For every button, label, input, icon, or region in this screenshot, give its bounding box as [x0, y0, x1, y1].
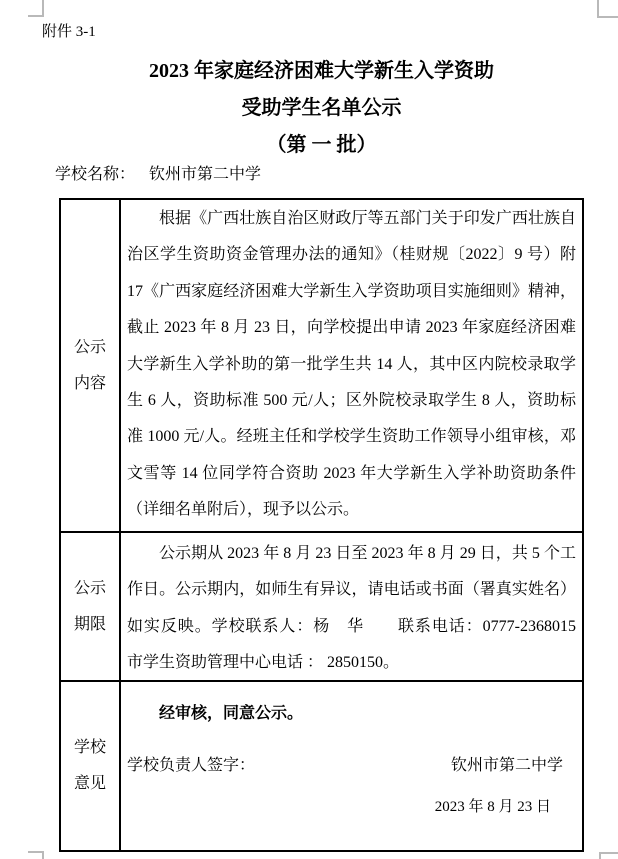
content-line: 治区学生资助资金管理办法的通知》（桂财规〔2022〕9 号）附 — [127, 237, 576, 273]
school-name-value: 钦州市第二中学 — [149, 166, 261, 183]
crop-mark-top-right-icon — [597, 0, 618, 18]
content-line: 根据《广西壮族自治区财政厅等五部门关于印发广西壮族自 — [127, 201, 576, 237]
announcement-table: 公示 内容 根据《广西壮族自治区财政厅等五部门关于印发广西壮族自治区学生资助资金… — [59, 198, 584, 852]
row-label-publicity-content: 公示 内容 — [60, 199, 120, 532]
cell-publicity-period: 公示期从 2023 年 8 月 23 日至 2023 年 8 月 29 日，共 … — [120, 532, 583, 681]
attachment-label: 附件 3-1 — [42, 23, 96, 41]
document-title: 2023 年家庭经济困难大学新生入学资助 受助学生名单公示 （第 一 批） — [59, 53, 584, 164]
crop-mark-bottom-left-icon — [28, 851, 44, 859]
content-line: 17《广西家庭经济困难大学新生入学资助项目实施细则》精神， — [127, 274, 576, 310]
crop-mark-top-left-icon — [28, 0, 44, 17]
content-line: 如实反映。学校联系人：杨 华 联系电话：0777-2368015 — [127, 609, 576, 645]
cell-publicity-content: 根据《广西壮族自治区财政厅等五部门关于印发广西壮族自治区学生资助资金管理办法的通… — [120, 199, 583, 532]
row-label-line: 学校 — [61, 730, 119, 766]
content-line: 作日。公示期内，如师生有异议，请电话或书面（署真实姓名） — [127, 572, 576, 608]
row-label-line: 意见 — [61, 766, 119, 802]
title-line-1: 2023 年家庭经济困难大学新生入学资助 — [59, 53, 584, 90]
table-row-publicity-period: 公示 期限 公示期从 2023 年 8 月 23 日至 2023 年 8 月 2… — [60, 532, 583, 681]
signature-label: 学校负责人签字： — [127, 756, 255, 776]
table-row-school-opinion: 学校 意见 经审核，同意公示。 学校负责人签字： 钦州市第二中学 2023 年 … — [60, 681, 583, 851]
content-line: 市学生资助管理中心电话 ： 2850150。 — [127, 645, 576, 680]
content-line: 大学新生入学补助的第一批学生共 14 人，其中区内院校录取学 — [127, 347, 576, 383]
publicity-content-paragraph: 根据《广西壮族自治区财政厅等五部门关于印发广西壮族自治区学生资助资金管理办法的通… — [121, 200, 582, 528]
row-label-line: 公示 — [61, 330, 119, 366]
row-label-school-opinion: 学校 意见 — [60, 681, 120, 851]
signature-date: 2023 年 8 月 23 日 — [127, 798, 576, 817]
crop-mark-bottom-right-icon — [599, 852, 618, 859]
content-line: 截止 2023 年 8 月 23 日，向学校提出申请 2023 年家庭经济困难 — [127, 310, 576, 346]
school-name-label: 学校名称： — [55, 166, 135, 183]
row-label-line: 期限 — [61, 607, 119, 643]
content-line: 文雪等 14 位同学符合资助 2023 年大学新生入学补助资助条件 — [127, 456, 576, 492]
table-row-publicity-content: 公示 内容 根据《广西壮族自治区财政厅等五部门关于印发广西壮族自治区学生资助资金… — [60, 199, 583, 532]
school-name-line: 学校名称：钦州市第二中学 — [55, 165, 261, 185]
signature-row: 学校负责人签字： 钦州市第二中学 — [127, 756, 576, 776]
row-label-line: 公示 — [61, 571, 119, 607]
content-line: 公示期从 2023 年 8 月 23 日至 2023 年 8 月 29 日，共 … — [127, 536, 576, 572]
audit-opinion-text: 经审核，同意公示。 — [127, 704, 576, 724]
content-line: （详细名单附后），现予以公示。 — [127, 492, 576, 528]
publicity-period-paragraph: 公示期从 2023 年 8 月 23 日至 2023 年 8 月 29 日，共 … — [121, 533, 582, 680]
signature-school-name: 钦州市第二中学 — [451, 756, 563, 776]
document-page: 附件 3-1 2023 年家庭经济困难大学新生入学资助 受助学生名单公示 （第 … — [0, 0, 618, 859]
row-label-publicity-period: 公示 期限 — [60, 532, 120, 681]
title-line-3: （第 一 批） — [59, 127, 584, 164]
content-line: 准 1000 元/人。经班主任和学校学生资助工作领导小组审核，邓 — [127, 419, 576, 455]
content-line: 生 6 人，资助标准 500 元/人；区外院校录取学生 8 人，资助标 — [127, 383, 576, 419]
row-label-line: 内容 — [61, 366, 119, 402]
cell-school-opinion: 经审核，同意公示。 学校负责人签字： 钦州市第二中学 2023 年 8 月 23… — [120, 681, 583, 851]
title-line-2: 受助学生名单公示 — [59, 90, 584, 127]
